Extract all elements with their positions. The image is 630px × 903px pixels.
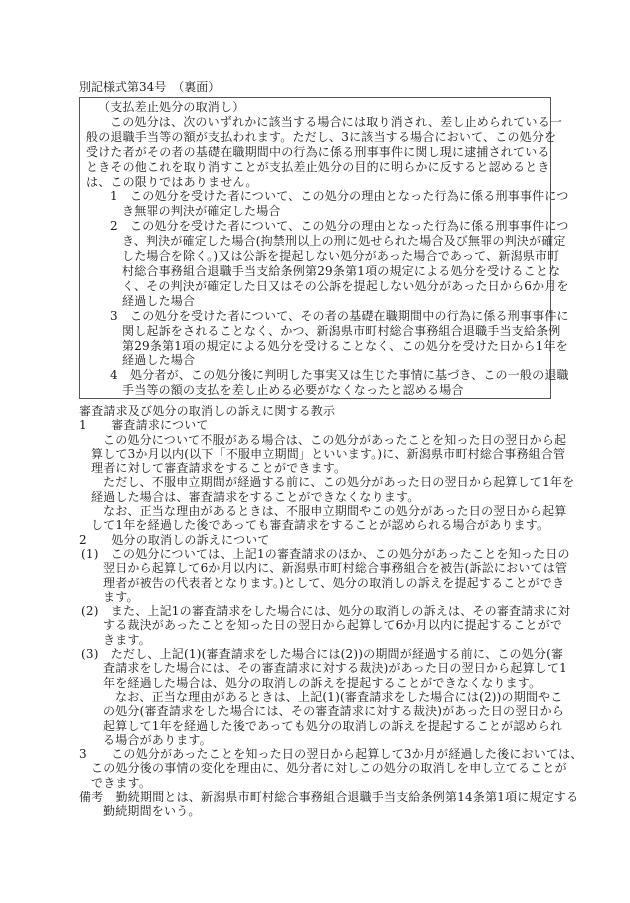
subitem-line: 翌日から起算して6か月以内に、新潟県市町村総合事務組合を被告(訴訟においては管 [79,561,559,575]
box-item-4: 4 処分者が、この処分後に判明した事実又は生じた事情に基づき、この一般の退職 手… [86,368,544,398]
subitem-line: 査請求をした場合には、その審査請求に対する裁決)があった日の翌日から起算して1 [79,661,559,675]
box-item-line: 1 この処分を受けた者について、この処分の理由となった行為に係る刑事事件につ [86,189,544,204]
box-item-3: 3 この処分を受けた者について、その者の基礎在職期間中の行為に係る刑事事件に 関… [86,309,544,369]
box-item-line: 第29条第1項の規定による処分を受けることなく、この処分を受けた日から1年を [86,339,544,354]
section-line: できます。 [79,776,559,790]
subitem-line: (1) この処分については、上記1の審査請求のほか、この処分があったことを知った… [79,547,559,561]
box-item-line: 手当等の額の支払を差し止める必要がなくなったと認める場合 [86,383,544,398]
box-item-line: 3 この処分を受けた者について、その者の基礎在職期間中の行為に係る刑事事件に [86,309,544,324]
box-item-line: く、その判決が確定した日又はその公訴を提起しない処分があった日から6か月を [86,279,544,294]
paragraph-line: して1年を経過した後であっても審査請求をすることが認められる場合があります。 [79,518,559,532]
paragraph-line: 理者に対して審査請求をすることができます。 [79,461,559,475]
box-item-2: 2 この処分を受けた者について、この処分の理由となった行為に係る刑事事件につ き… [86,219,544,308]
subitem-line: きます。 [79,633,559,647]
paragraph-line: なお、正当な理由があるときは、不服申立期間やこの処分があった日の翌日から起算 [79,504,559,518]
box-item-line: 村総合事務組合退職手当支給条例第29条第1項の規定による処分を受けることな [86,264,544,279]
remarks-line: 勤続期間をいう。 [79,804,559,818]
subitem-line: の処分(審査請求をした場合には、その審査請求に対する裁決)があった日の翌日から [79,704,559,718]
box-item-line: 経過した場合 [86,353,544,368]
box-intro-line: 般の退職手当等の額が支払われます。ただし、3に該当する場合において、この処分を [86,130,544,145]
document-page: 別記様式第34号 （裏面） （支払差止処分の取消し） この処分は、次のいずれかに… [0,0,630,903]
subitem-line: 年を経過した場合は、処分の取消しの訴えを提起することができなくなります。 [79,676,559,690]
box-item-line: き無罪の判決が確定した場合 [86,204,544,219]
instructions-section: 審査請求及び処分の取消しの訴えに関する教示 1 審査請求について この処分につい… [79,404,559,819]
box-heading: （支払差止処分の取消し） [86,100,544,115]
section-title: 1 審査請求について [79,418,559,432]
subitem-line: 起算して1年を経過した後であっても処分の取消しの訴えを提起することが認められ [79,719,559,733]
box-intro-line: は、この限りではありません。 [86,175,544,190]
section-title: 2 処分の取消しの訴えについて [79,533,559,547]
box-item-line: した場合を除く。)又は公訴を提起しない処分があった場合であって、新潟県市町 [86,249,544,264]
section-1-review-request: 1 審査請求について この処分について不服がある場合は、この処分があったことを知… [79,418,559,532]
subitem-line: ます。 [79,590,559,604]
section-3-reconsideration: 3 この処分があったことを知った日の翌日から起算して3か月が経過した後においては… [79,747,559,790]
box-item-line: 2 この処分を受けた者について、この処分の理由となった行為に係る刑事事件につ [86,219,544,234]
paragraph-line: 算して3か月以内(以下「不服申立期間」といいます。)に、新潟県市町村総合事務組合… [79,447,559,461]
box-item-line: き、判決が確定した場合(拘禁刑以上の刑に処せられた場合及び無罪の判決が確定 [86,234,544,249]
paragraph-line: この処分について不服がある場合は、この処分があったことを知った日の翌日から起 [79,433,559,447]
box-intro-line: 受けた者がその者の基礎在職期間中の行為に係る刑事事件に関し現に逮捕されている [86,145,544,160]
remarks: 備考 勤続期間とは、新潟県市町村総合事務組合退職手当支給条例第14条第1項に規定… [79,790,559,819]
box-item-line: 関し起訴をされることなく、かつ、新潟県市町村総合事務組合退職手当支給条例 [86,324,544,339]
form-title: 別記様式第34号 （裏面） [79,80,220,95]
subitem-line: なお、正当な理由があるときは、上記(1)(審査請求をした場合には(2))の期間や… [79,690,559,704]
paragraph-line: 経過した場合は、審査請求をすることができなくなります。 [79,490,559,504]
section-2-revocation-suit: 2 処分の取消しの訴えについて (1) この処分については、上記1の審査請求のほ… [79,533,559,747]
instructions-heading: 審査請求及び処分の取消しの訴えに関する教示 [79,404,559,418]
paragraph-line: ただし、不服申立期間が経過する前に、この処分があった日の翌日から起算して1年を [79,475,559,489]
box-intro-line: この処分は、次のいずれかに該当する場合には取り消され、差し止められている一 [86,115,544,130]
section-line: 3 この処分があったことを知った日の翌日から起算して3か月が経過した後においては… [79,747,559,761]
box-item-1: 1 この処分を受けた者について、この処分の理由となった行為に係る刑事事件につ き… [86,189,544,219]
box-item-line: 4 処分者が、この処分後に判明した事実又は生じた事情に基づき、この一般の退職 [86,368,544,383]
subitem-line: (3) ただし、上記(1)(審査請求をした場合には(2))の期間が経過する前に、… [79,647,559,661]
subitem-line: する裁決があったことを知った日の翌日から起算して6か月以内に提起することがで [79,618,559,632]
subitem-line: る場合があります。 [79,733,559,747]
remarks-line: 備考 勤続期間とは、新潟県市町村総合事務組合退職手当支給条例第14条第1項に規定… [79,790,559,804]
box-intro-line: ときその他これを取り消すことが支払差止処分の目的に明らかに反すると認めるとき [86,160,544,175]
subitem-line: (2) また、上記1の審査請求をした場合には、処分の取消しの訴えは、その審査請求… [79,604,559,618]
box-item-line: 経過した場合 [86,294,544,309]
section-line: この処分後の事情の変化を理由に、処分者に対しこの処分の取消しを申し立てることが [79,761,559,775]
cancellation-box: （支払差止処分の取消し） この処分は、次のいずれかに該当する場合には取り消され、… [79,97,551,399]
subitem-line: 理者が被告の代表者となります。)として、処分の取消しの訴えを提起することができ [79,576,559,590]
